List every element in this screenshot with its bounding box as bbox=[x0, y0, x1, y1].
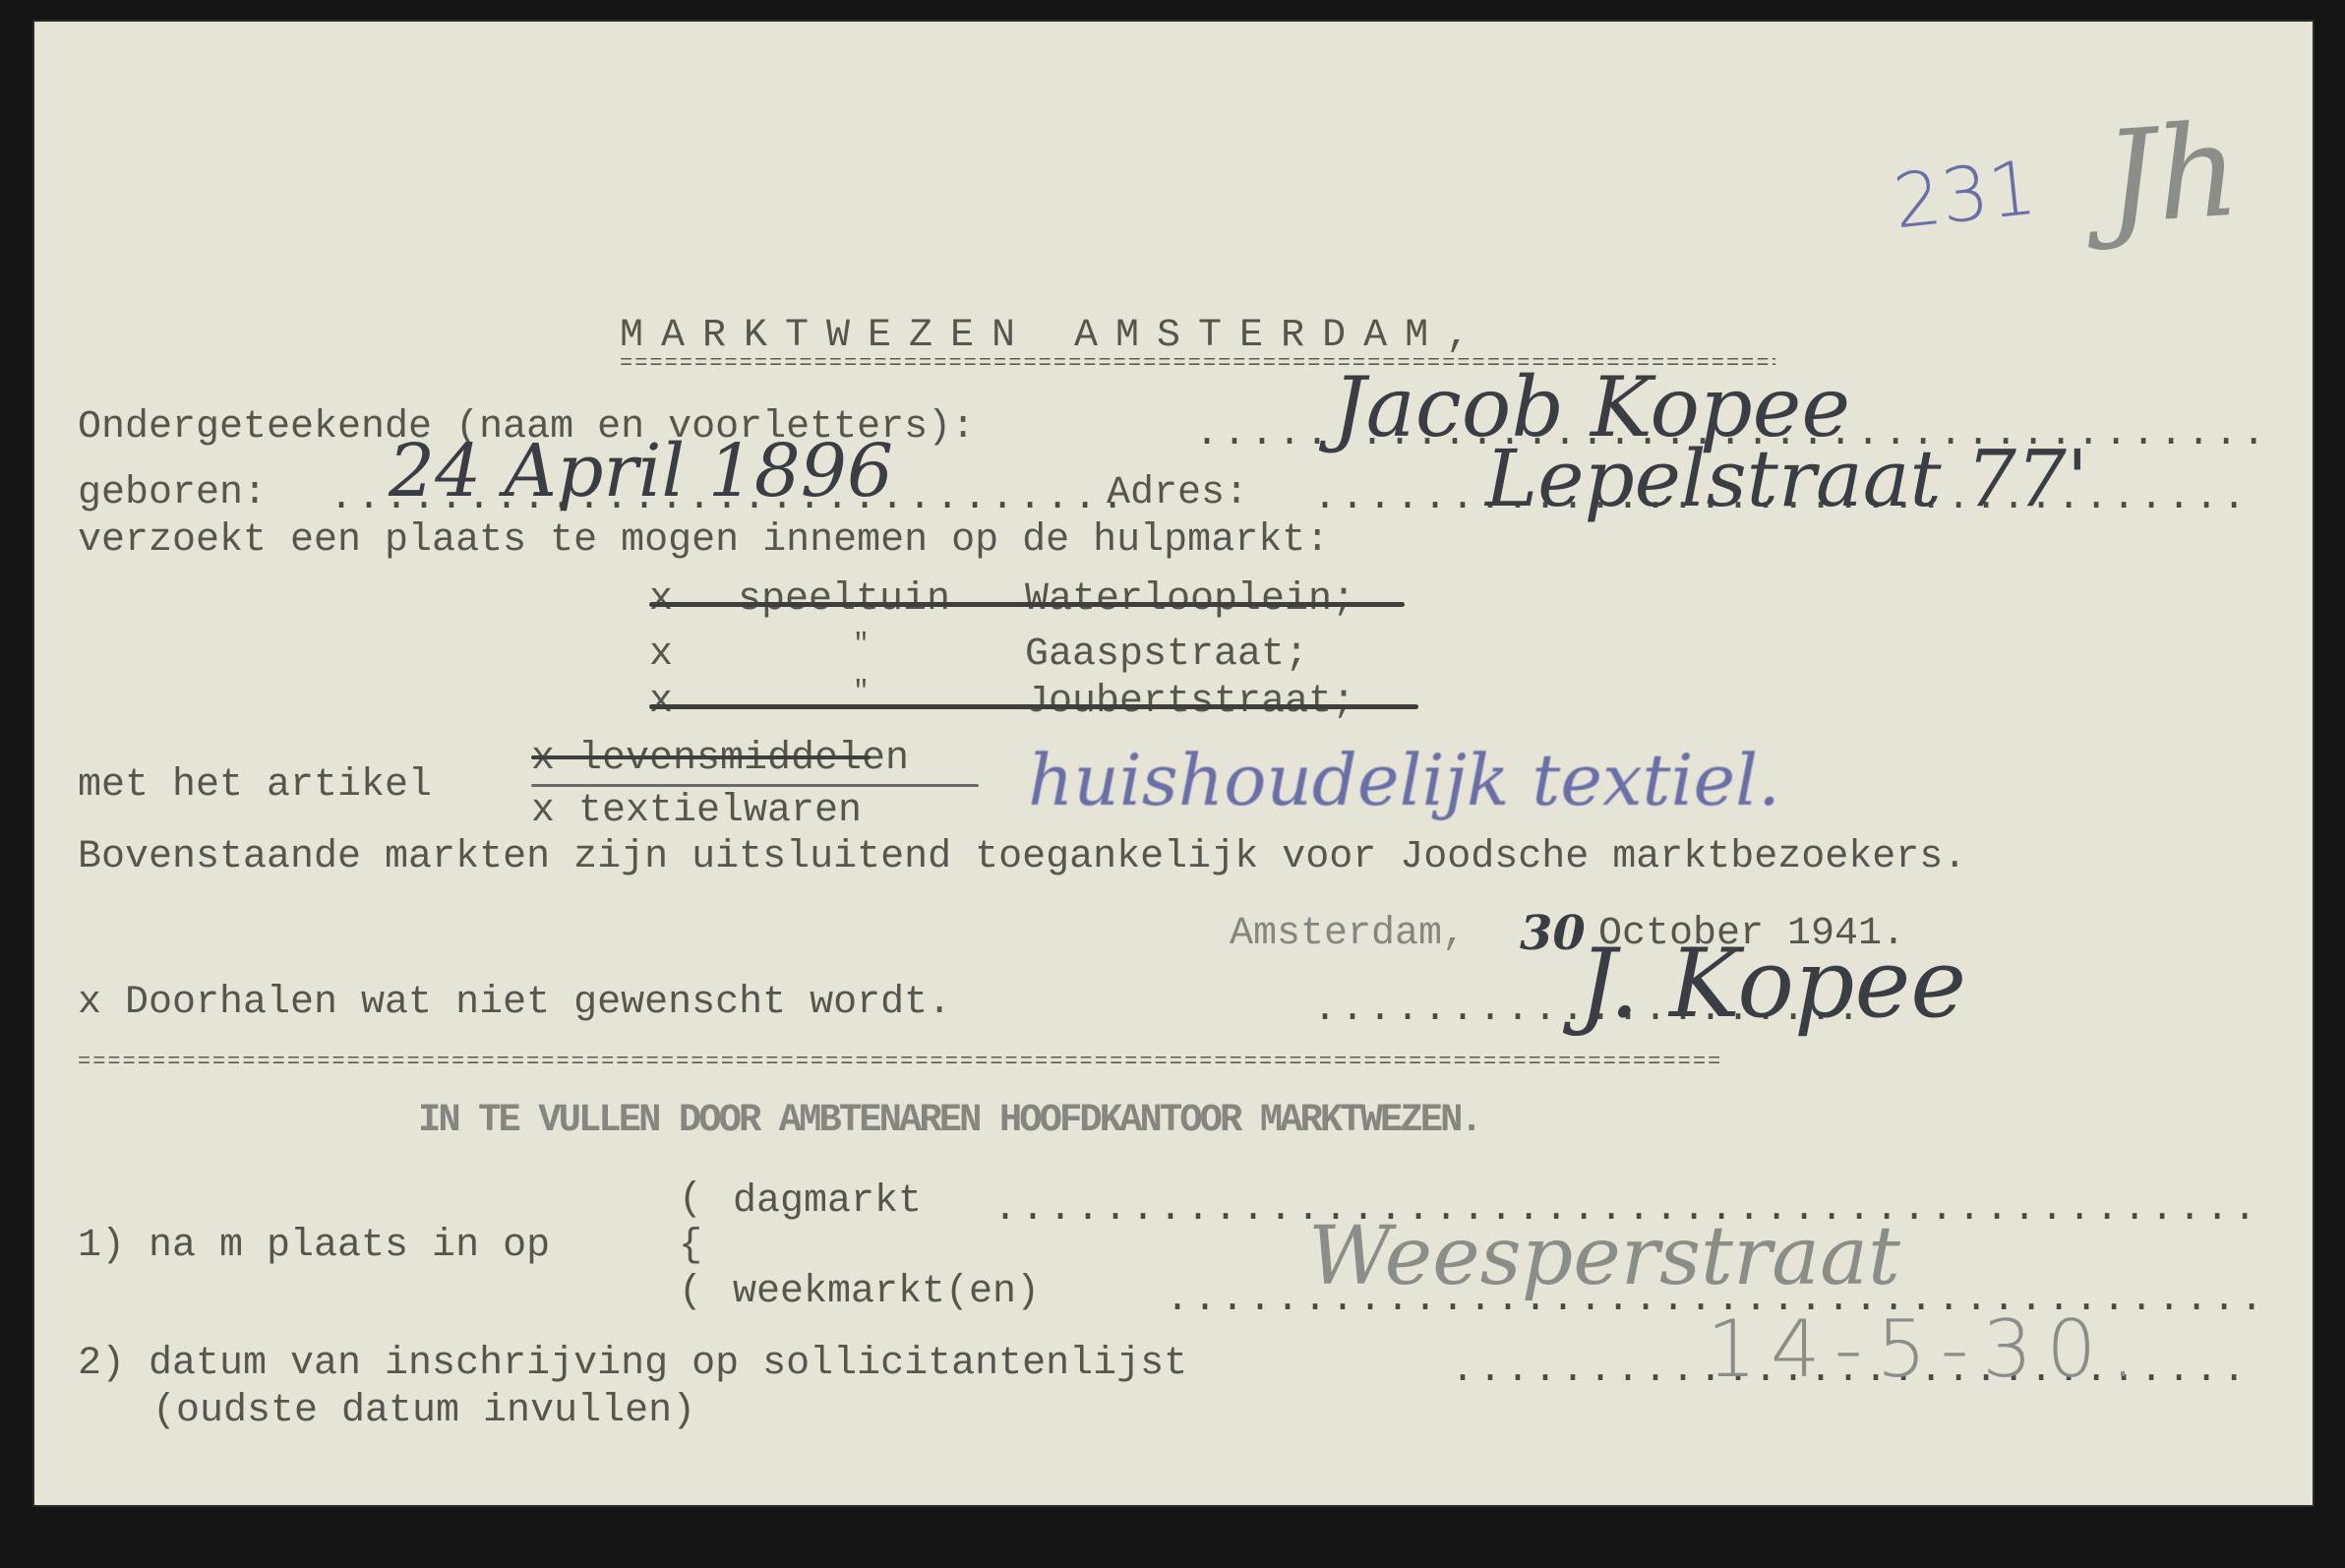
market-permit-card: 231 Jh MARKTWEZEN AMSTERDAM, ===========… bbox=[34, 22, 2313, 1505]
place-label: Amsterdam, bbox=[1230, 915, 1466, 954]
strike-footnote: x Doorhalen wat niet gewenscht wordt. bbox=[78, 984, 951, 1023]
market-option-2-marker: x bbox=[649, 635, 673, 675]
request-text: verzoekt een plaats te mogen innemen op … bbox=[78, 521, 1329, 561]
article-option-1: x levensmiddelen bbox=[531, 740, 909, 779]
section-separator: ========================================… bbox=[78, 1056, 2291, 1082]
market-option-3-marker: x bbox=[649, 683, 673, 722]
market-option-1-marker: x bbox=[649, 580, 673, 620]
market-option-2-name: Gaaspstraat; bbox=[1025, 635, 1308, 675]
item1-label: 1) na m plaats in op bbox=[78, 1227, 550, 1266]
born-value[interactable]: 24 April 1896 bbox=[389, 435, 893, 508]
article-divider bbox=[531, 784, 979, 787]
dagmarkt-label: dagmarkt bbox=[733, 1182, 922, 1222]
address-label: Adres: bbox=[1107, 474, 1248, 513]
signature-value[interactable]: J. Kopee bbox=[1579, 936, 1966, 1031]
brace-mid: { bbox=[679, 1227, 702, 1266]
office-heading: IN TE VULLEN DOOR AMBTENAREN HOOFDKANTOO… bbox=[418, 1102, 1480, 1141]
brace-top: ( bbox=[679, 1180, 702, 1220]
date-day[interactable]: 30 bbox=[1520, 910, 1586, 957]
born-label: geboren: bbox=[78, 474, 267, 513]
brace-bottom: ( bbox=[679, 1273, 702, 1312]
weekmarkt-value[interactable]: Weesperstraat bbox=[1308, 1217, 1900, 1297]
address-value[interactable]: Lepelstraat 77' bbox=[1485, 440, 2088, 518]
market-option-3-strike bbox=[649, 704, 1418, 709]
margin-note-number: 231 bbox=[1890, 151, 2039, 240]
notice-text: Bovenstaande markten zijn uitsluitend to… bbox=[78, 838, 1966, 877]
item2-label: 2) datum van inschrijving op sollicitant… bbox=[78, 1345, 1187, 1384]
market-option-3-name: Joubertstraat; bbox=[1025, 683, 1355, 722]
market-option-1-strike bbox=[649, 602, 1405, 607]
market-option-1-name: Waterlooplein; bbox=[1025, 580, 1355, 620]
market-option-2-prefix: " bbox=[853, 632, 870, 659]
item2-sublabel: (oudste datum invullen) bbox=[152, 1392, 695, 1431]
margin-initials: Jh bbox=[2101, 105, 2244, 242]
market-option-1-prefix: speeltuin bbox=[738, 580, 950, 620]
article-handwritten-value[interactable]: huishoudelijk textiel. bbox=[1028, 745, 1780, 815]
item2-value[interactable]: 14-5-30. bbox=[1707, 1310, 2149, 1389]
form-title: MARKTWEZEN AMSTERDAM, bbox=[620, 317, 1487, 356]
article-option-1-strike bbox=[531, 755, 871, 759]
article-option-2: x textielwaren bbox=[531, 792, 862, 831]
weekmarkt-label: weekmarkt(en) bbox=[733, 1273, 1040, 1312]
article-label: met het artikel bbox=[78, 766, 432, 806]
market-option-3-prefix: " bbox=[853, 679, 870, 706]
